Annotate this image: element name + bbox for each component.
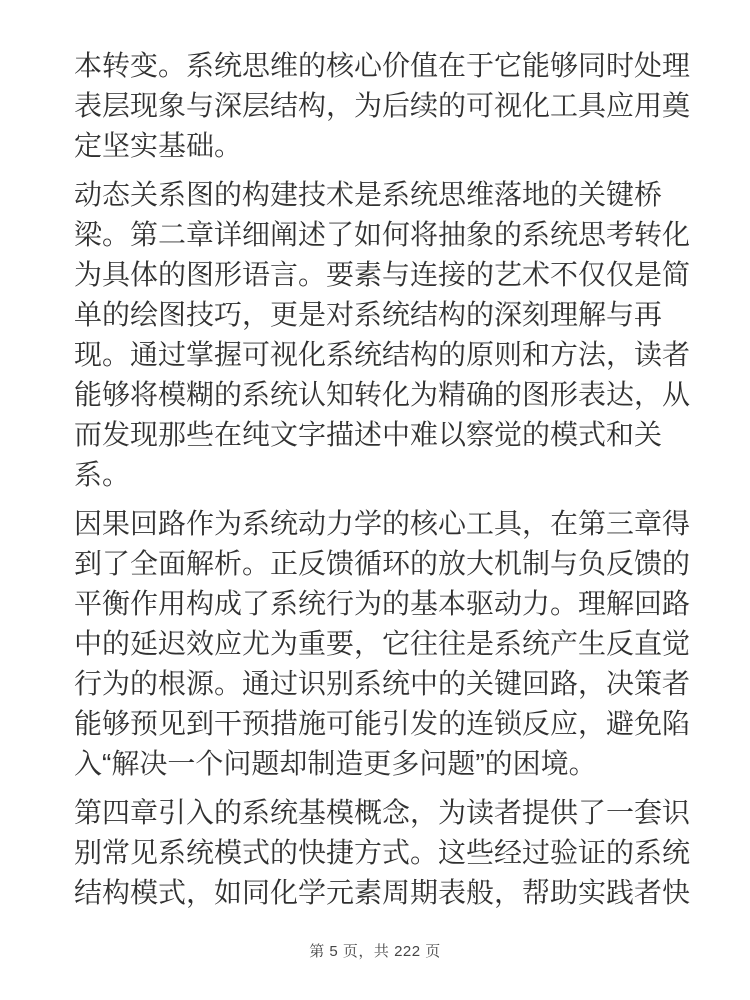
text-line: 能够将模糊的系统认知转化为精确的图形表达，从: [74, 375, 700, 415]
text-line: 因果回路作为系统动力学的核心工具，在第三章得: [74, 504, 700, 544]
document-page: 本转变。系统思维的核心价值在于它能够同时处理表层现象与深层结构，为后续的可视化工…: [0, 0, 750, 1000]
text-line: 第四章引入的系统基模概念，为读者提供了一套识: [74, 793, 700, 833]
text-line: 梁。第二章详细阐述了如何将抽象的系统思考转化: [74, 215, 700, 255]
text-line: 而发现那些在纯文字描述中难以察觉的模式和关: [74, 415, 700, 455]
paragraph: 本转变。系统思维的核心价值在于它能够同时处理表层现象与深层结构，为后续的可视化工…: [74, 46, 700, 166]
text-line: 本转变。系统思维的核心价值在于它能够同时处理: [74, 46, 700, 86]
text-line: 单的绘图技巧，更是对系统结构的深刻理解与再: [74, 295, 700, 335]
page-indicator: 第 5 页，共 222 页: [309, 943, 441, 960]
text-line: 表层现象与深层结构，为后续的可视化工具应用奠: [74, 86, 700, 126]
text-line: 平衡作用构成了系统行为的基本驱动力。理解回路: [74, 584, 700, 624]
text-line: 别常见系统模式的快捷方式。这些经过验证的系统: [74, 833, 700, 873]
paragraph: 因果回路作为系统动力学的核心工具，在第三章得到了全面解析。正反馈循环的放大机制与…: [74, 504, 700, 784]
text-line: 中的延迟效应尤为重要，它往往是系统产生反直觉: [74, 624, 700, 664]
text-line: 现。通过掌握可视化系统结构的原则和方法，读者: [74, 335, 700, 375]
paragraph: 第四章引入的系统基模概念，为读者提供了一套识别常见系统模式的快捷方式。这些经过验…: [74, 793, 700, 913]
text-line: 系。: [74, 455, 700, 495]
text-line: 动态关系图的构建技术是系统思维落地的关键桥: [74, 175, 700, 215]
page-footer: 第 5 页，共 222 页: [0, 940, 750, 970]
text-line: 入“解决一个问题却制造更多问题”的困境。: [74, 744, 700, 784]
paragraph: 动态关系图的构建技术是系统思维落地的关键桥梁。第二章详细阐述了如何将抽象的系统思…: [74, 175, 700, 495]
text-line: 定坚实基础。: [74, 126, 700, 166]
text-line: 结构模式，如同化学元素周期表般，帮助实践者快: [74, 873, 700, 913]
text-line: 能够预见到干预措施可能引发的连锁反应，避免陷: [74, 704, 700, 744]
text-line: 行为的根源。通过识别系统中的关键回路，决策者: [74, 664, 700, 704]
text-line: 到了全面解析。正反馈循环的放大机制与负反馈的: [74, 544, 700, 584]
text-line: 为具体的图形语言。要素与连接的艺术不仅仅是简: [74, 255, 700, 295]
page-body-text: 本转变。系统思维的核心价值在于它能够同时处理表层现象与深层结构，为后续的可视化工…: [74, 46, 700, 922]
